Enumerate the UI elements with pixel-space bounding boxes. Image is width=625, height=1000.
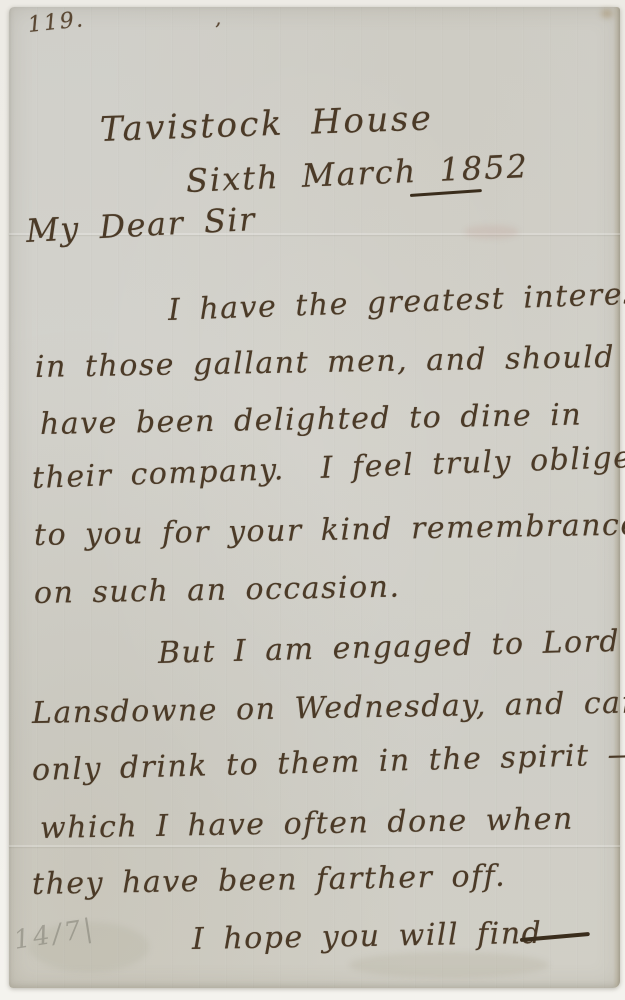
stray-ink-mark: ʼ bbox=[214, 18, 220, 42]
body-line: on such an occasion. bbox=[34, 570, 401, 611]
fold-line bbox=[9, 845, 620, 847]
stain bbox=[464, 225, 519, 239]
second-leaf-edge bbox=[613, 7, 620, 988]
manuscript-scan: 119. ʼ Tavistock House Sixth March 1852 … bbox=[0, 0, 625, 1000]
stain bbox=[601, 9, 613, 18]
body-line: I hope you will find bbox=[192, 916, 543, 957]
stain bbox=[349, 952, 549, 978]
